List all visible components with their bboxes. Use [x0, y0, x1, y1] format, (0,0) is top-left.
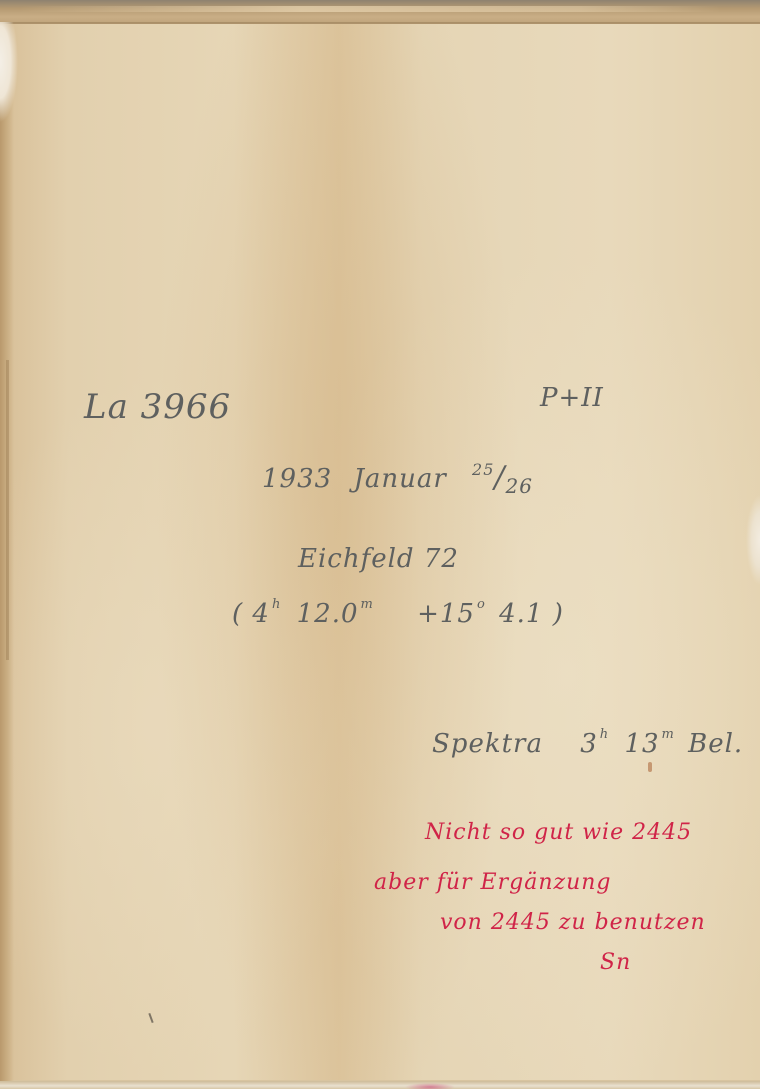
exposure-hours-unit: h [600, 727, 609, 742]
ink-speck [648, 762, 652, 772]
envelope-top-flap [0, 0, 760, 24]
coordinates: ( 4h 12.0m +15o 4.1 ) [232, 598, 564, 627]
coord-close-paren: ) [553, 599, 564, 629]
coord-extra: 4.1 [499, 599, 543, 629]
ra-hours-unit: h [272, 597, 281, 612]
date-day-second: 26 [506, 474, 533, 498]
field-name-text: Eichfeld 72 [298, 544, 459, 574]
coord-open-paren: ( [232, 599, 243, 629]
plate-id-text: La 3966 [84, 387, 231, 427]
ra-hours: 4 [252, 599, 270, 629]
red-note-line-1: Nicht so gut wie 2445 [425, 822, 692, 844]
flap-highlight [20, 6, 720, 12]
observation-date: 1933 Januar 25/26 [262, 462, 533, 496]
declination-unit: o [477, 597, 486, 612]
date-month: Januar [353, 464, 446, 494]
exposure-minutes: 13 [624, 729, 659, 759]
torn-corner [0, 22, 20, 142]
red-note-line-2: aber für Ergänzung [374, 872, 612, 894]
field-name: Eichfeld 72 [298, 546, 459, 572]
red-note-line-3: von 2445 zu benutzen [440, 912, 706, 934]
red-note-signature: Sn [600, 952, 631, 974]
red-note-line-2-text: aber für Ergänzung [374, 870, 612, 895]
exposure-hours: 3 [580, 729, 598, 759]
ra-minutes: 12.0 [297, 599, 359, 629]
signature-text: Sn [600, 950, 631, 975]
date-day-first: 25 [472, 460, 494, 479]
scanned-document: La 3966 P+II 1933 Januar 25/26 Eichfeld … [0, 0, 760, 1089]
red-note-line-3-text: von 2445 zu benutzen [440, 910, 706, 935]
spectra-exposure: Spektra 3h 13m Bel. [432, 728, 743, 757]
bottom-stain [405, 1083, 455, 1089]
declination: +15 [417, 599, 475, 629]
bottom-edge [0, 1081, 760, 1089]
ra-minutes-unit: m [361, 597, 374, 612]
date-separator: / [494, 460, 505, 495]
right-edge-tear [746, 495, 760, 585]
plate-mark: P+II [540, 385, 604, 411]
date-year: 1933 [262, 464, 332, 494]
red-note-line-1-text: Nicht so gut wie 2445 [425, 820, 692, 845]
exposure-suffix: Bel. [688, 729, 743, 759]
exposure-minutes-unit: m [662, 727, 675, 742]
plate-id: La 3966 [84, 390, 231, 424]
plate-mark-text: P+II [540, 383, 604, 413]
spectra-label: Spektra [432, 729, 543, 759]
left-fold-line [6, 360, 9, 660]
